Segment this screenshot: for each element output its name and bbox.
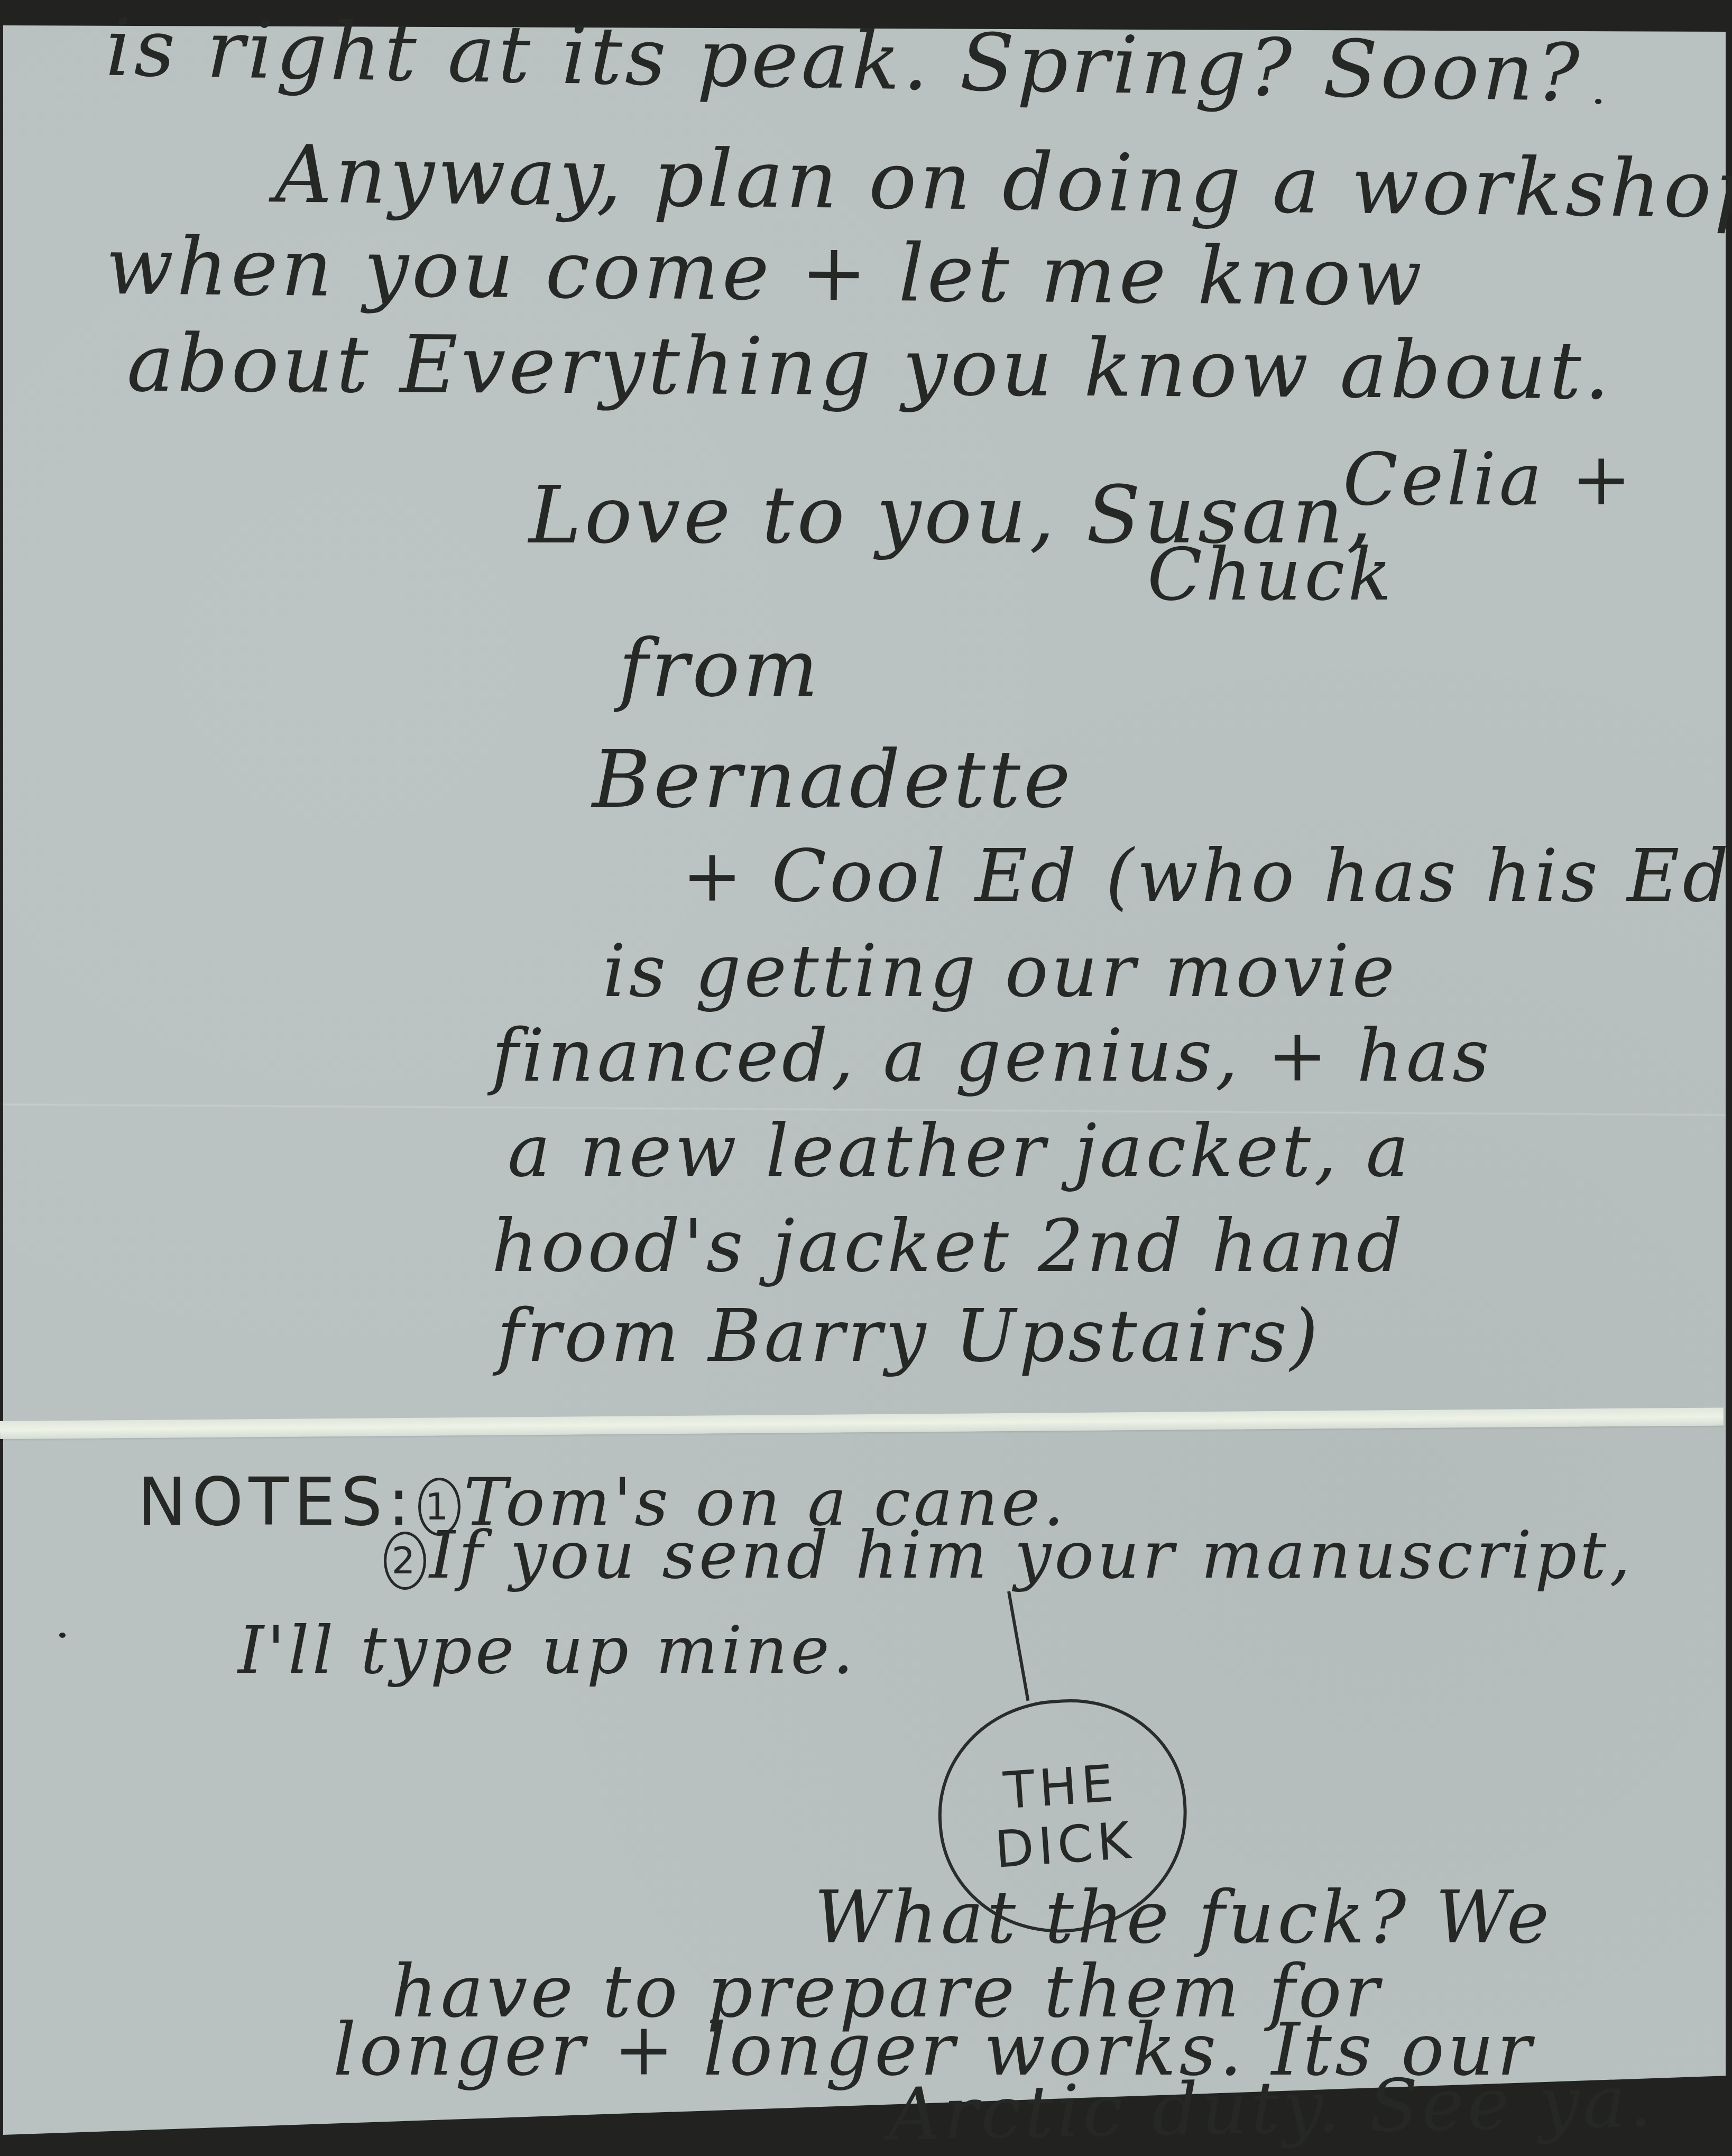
- notes-line-2: 2If you send him your manuscript,: [381, 1523, 1634, 1590]
- speech-bubble-line-1: THE: [1002, 1754, 1120, 1820]
- postscript-line-4: a new leather jacket, a: [508, 1116, 1412, 1187]
- closing-remark-line-4: Arctic duty. See ya.: [888, 2066, 1655, 2151]
- postscript-line-5: hood's jacket 2nd hand: [492, 1211, 1406, 1283]
- body-line-3: when you come + let me know: [105, 227, 1425, 318]
- notes-label: NOTES:: [137, 1464, 415, 1541]
- closing-celia: Celia +: [1343, 444, 1635, 516]
- closing-chuck: Chuck: [1147, 539, 1395, 611]
- postscript-line-2: is getting our movie: [603, 936, 1398, 1008]
- body-line-4: about Everything you know about.: [127, 324, 1613, 411]
- stray-ink-dot: [59, 1633, 66, 1638]
- closing-remark-line-1: What the fuck? We: [814, 1882, 1552, 1954]
- stray-ink-dot: [1595, 99, 1601, 104]
- speech-bubble-line-2: DICK: [993, 1811, 1136, 1879]
- note-2-continuation: I'll type up mine.: [238, 1618, 856, 1683]
- body-line-1: is right at its peak. Spring? Soon?: [105, 8, 1583, 114]
- note-2-text: If you send him your manuscript,: [429, 1517, 1634, 1593]
- postscript-line-1: + Cool Ed (who has his Ed,: [682, 841, 1732, 913]
- note-2-number: 2: [384, 1532, 426, 1590]
- postscript-line-3: financed, a genius, + has: [492, 1020, 1493, 1092]
- body-line-2: Anyway, plan on doing a workshop: [274, 135, 1732, 230]
- postscript-line-6: from Barry Upstairs): [497, 1301, 1321, 1372]
- signature-name: Bernadette: [592, 740, 1074, 819]
- signature-from: from: [619, 629, 822, 708]
